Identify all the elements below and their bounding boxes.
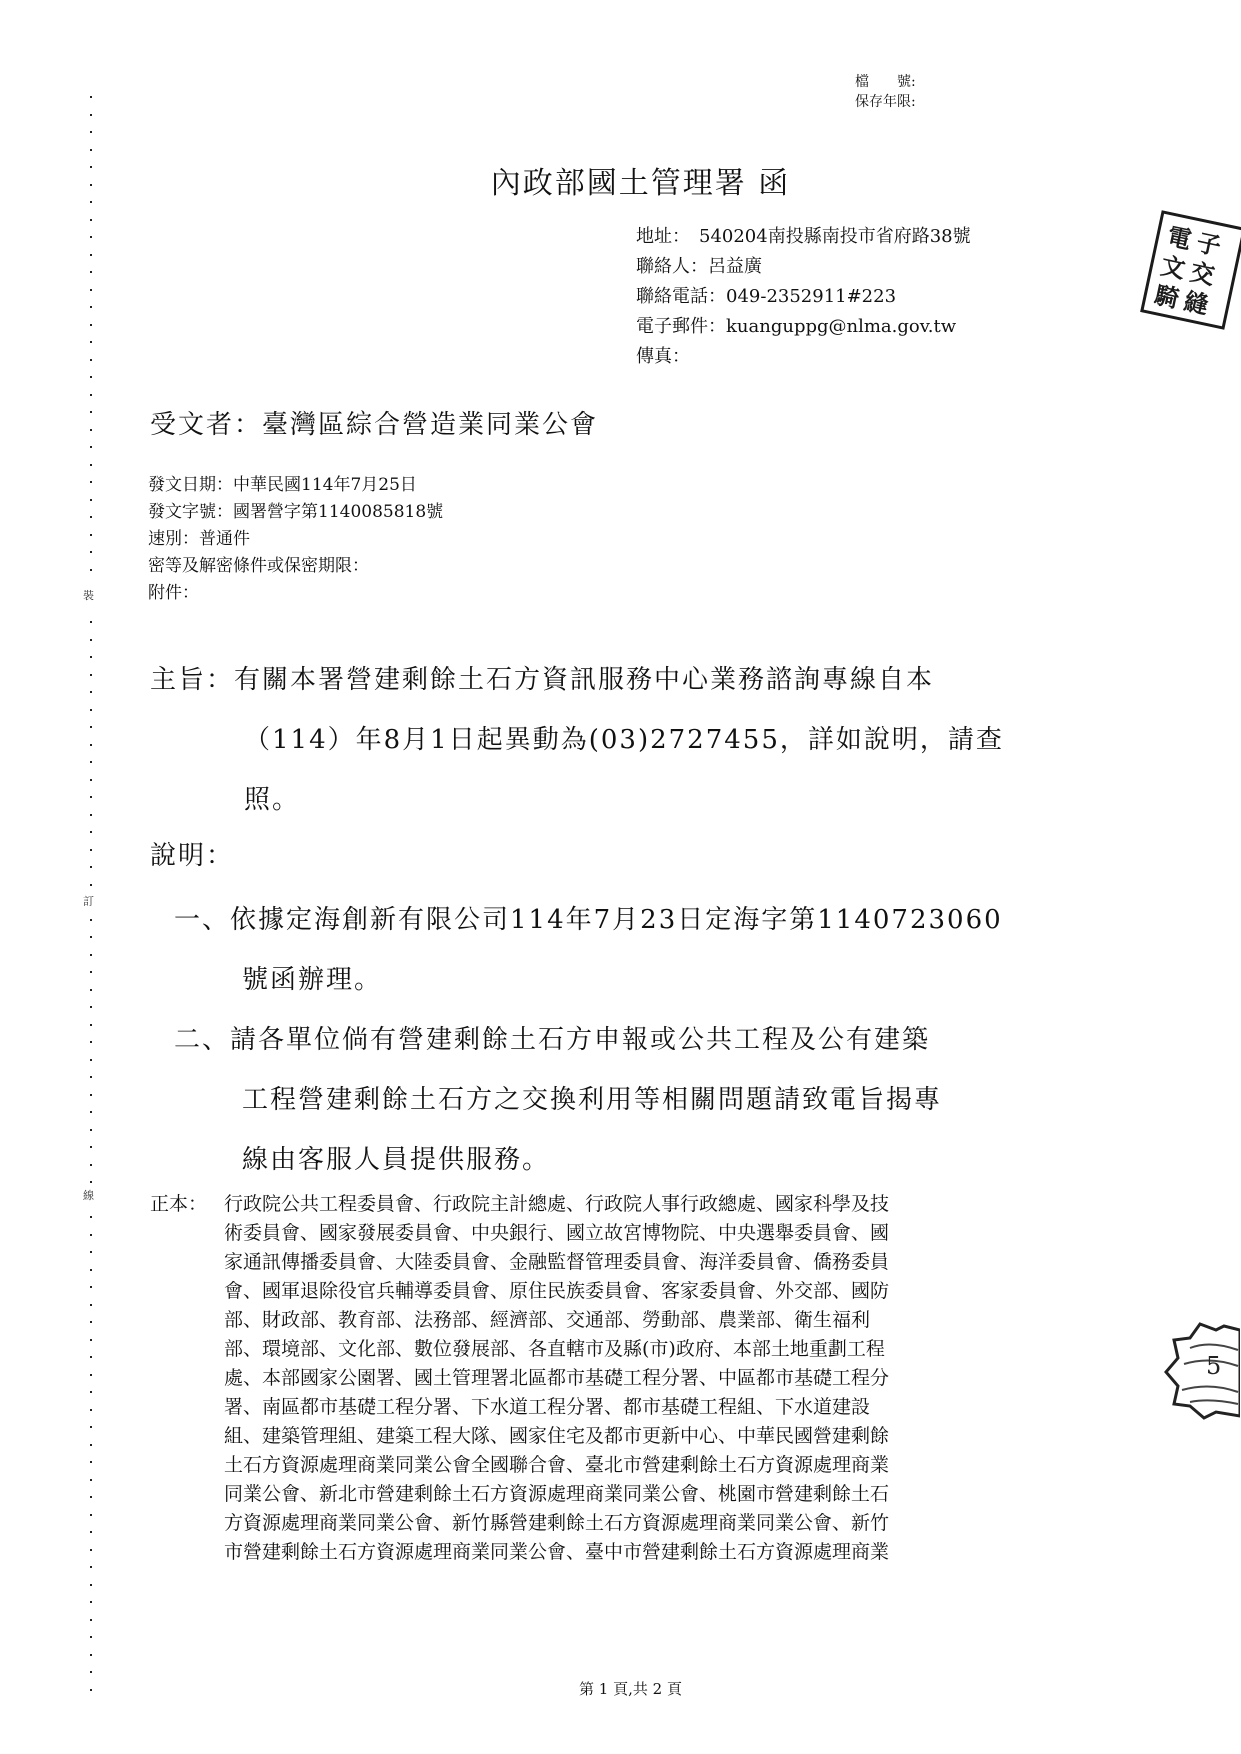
binding-margin: 裝 訂 線 [86,96,106,1696]
binding-dot [90,1636,92,1638]
distribution-line: 部、財政部、教育部、法務部、經濟部、交通部、勞動部、農業部、衛生福利 [224,1306,889,1335]
binding-dot [90,569,92,571]
binding-dot [90,1059,92,1061]
subject-line: （114）年8月1日起異動為(03)2727455，詳如說明，請查 [150,710,1090,770]
binding-dot [90,744,92,746]
distribution-line: 家通訊傳播委員會、大陸委員會、金融監督管理委員會、海洋委員會、僑務委員 [224,1248,889,1277]
explanation-line: 二、請各單位倘有營建剩餘土石方申報或公共工程及公有建築 [174,1010,1094,1070]
binding-dot [90,989,92,991]
document-number: 發文字號：國署營字第1140085818號 [148,499,443,526]
binding-dot [90,1181,92,1183]
binding-dot [90,814,92,816]
binding-dot [90,149,92,151]
explanation-item-1: 一、依據定海創新有限公司114年7月23日定海字第1140723060 號函辦理… [174,890,1094,1010]
binding-dot [90,1286,92,1288]
binding-dot [90,1426,92,1428]
sender-address: 地址： 540204南投縣南投市省府路38號 [636,222,971,252]
binding-dot [90,1514,92,1516]
binding-dot [90,551,92,553]
distribution-line: 會、國軍退除役官兵輔導委員會、原住民族委員會、客家委員會、外交部、國防 [224,1277,889,1306]
binding-dot [90,446,92,448]
binding-dot [90,1374,92,1376]
binding-dot [90,656,92,658]
binding-dot [90,1531,92,1533]
binding-dot [90,866,92,868]
binding-dot [90,1671,92,1673]
binding-dot [90,289,92,291]
subject-line: 主旨：有關本署營建剩餘土石方資訊服務中心業務諮詢專線自本 [150,650,1090,710]
binding-dot [90,726,92,728]
page-seal-stamp: 5 [1160,1320,1240,1420]
binding-mark-line: 線 [83,1190,94,1202]
issue-date: 發文日期：中華民國114年7月25日 [148,472,443,499]
contact-fax: 傳真： [636,342,971,372]
binding-dot [90,254,92,256]
priority: 速別：普通件 [148,526,443,553]
binding-dot [90,1234,92,1236]
binding-dot [90,1041,92,1043]
binding-dot [90,674,92,676]
distribution-line: 組、建築管理組、建築工程大隊、國家住宅及都市更新中心、中華民國營建剩餘 [224,1422,889,1451]
document-title: 內政部國土管理署 函 [0,158,1241,202]
binding-dot [90,499,92,501]
binding-dot [90,1479,92,1481]
distribution-line: 行政院公共工程委員會、行政院主計總處、行政院人事行政總處、國家科學及技 [224,1190,889,1219]
binding-dot [90,376,92,378]
distribution-line: 部、環境部、文化部、數位發展部、各直轄市及縣(市)政府、本部土地重劃工程 [224,1335,889,1364]
distribution-line: 方資源處理商業同業公會、新竹縣營建剩餘土石方資源處理商業同業公會、新竹 [224,1509,889,1538]
subject-section: 主旨：有關本署營建剩餘土石方資訊服務中心業務諮詢專線自本 （114）年8月1日起… [150,650,1090,830]
binding-dot [90,1461,92,1463]
binding-dot [90,1094,92,1096]
binding-dot [90,114,92,116]
binding-dot [90,1304,92,1306]
binding-dot [90,1584,92,1586]
subject-line: 照。 [150,770,1090,830]
binding-dot [90,516,92,518]
distribution-label: 正本： [150,1190,207,1219]
binding-dot [90,1321,92,1323]
distribution-line: 同業公會、新北市營建剩餘土石方資源處理商業同業公會、桃園市營建剩餘土石 [224,1480,889,1509]
binding-dot [90,411,92,413]
binding-dot [90,1251,92,1253]
retention-period-label: 保存年限: [855,92,916,112]
binding-dot [90,481,92,483]
binding-mark-staple: 訂 [83,896,94,908]
cross-page-seal-stamp: 電文騎子交縫 [1140,210,1241,330]
binding-dot [90,831,92,833]
binding-dot [90,534,92,536]
binding-dot [90,761,92,763]
binding-dot [90,1409,92,1411]
contact-email: 電子郵件：kuanguppg@nlma.gov.tw [636,312,971,342]
binding-dot [90,919,92,921]
binding-dot [90,1076,92,1078]
binding-dot [90,1496,92,1498]
binding-dot [90,324,92,326]
seal-shape-icon [1160,1320,1240,1420]
binding-dot [90,621,92,623]
explanation-item-2: 二、請各單位倘有營建剩餘土石方申報或公共工程及公有建築 工程營建剩餘土石方之交換… [174,1010,1094,1190]
binding-dot [90,236,92,238]
distribution-line: 署、南區都市基礎工程分署、下水道工程分署、都市基礎工程組、下水道建設 [224,1393,889,1422]
binding-dot [90,429,92,431]
binding-dot [90,1619,92,1621]
binding-dot [90,1111,92,1113]
binding-dot [90,639,92,641]
binding-dot [90,464,92,466]
binding-dot [90,359,92,361]
binding-dot [90,1549,92,1551]
binding-dot [90,1444,92,1446]
explanation-label: 說明： [150,835,234,872]
binding-dot [90,96,92,98]
binding-dot [90,709,92,711]
file-number-label: 檔 號: [855,72,916,92]
explanation-line: 號函辦理。 [174,950,1094,1010]
distribution-line: 術委員會、國家發展委員會、中央銀行、國立故宮博物院、中央選舉委員會、國 [224,1219,889,1248]
binding-dot [90,1164,92,1166]
binding-dot [90,1391,92,1393]
explanation-section: 一、依據定海創新有限公司114年7月23日定海字第1140723060 號函辦理… [174,890,1094,1190]
binding-dot [90,691,92,693]
binding-dot [90,936,92,938]
binding-dot [90,1339,92,1341]
binding-dot [90,306,92,308]
binding-dot [90,219,92,221]
binding-dot [90,1356,92,1358]
binding-dot [90,796,92,798]
explanation-line: 線由客服人員提供服務。 [174,1130,1094,1190]
binding-dot [90,1601,92,1603]
binding-dot [90,849,92,851]
binding-dot [90,779,92,781]
document-meta: 發文日期：中華民國114年7月25日 發文字號：國署營字第1140085818號… [148,472,443,607]
classification: 密等及解密條件或保密期限： [148,553,443,580]
attachments: 附件： [148,580,443,607]
binding-dot [90,971,92,973]
distribution-line: 市營建剩餘土石方資源處理商業同業公會、臺中市營建剩餘土石方資源處理商業 [224,1538,889,1567]
explanation-line: 工程營建剩餘土石方之交換利用等相關問題請致電旨揭專 [174,1070,1094,1130]
distribution-recipients: 行政院公共工程委員會、行政院主計總處、行政院人事行政總處、國家科學及技術委員會、… [224,1190,889,1567]
contact-person: 聯絡人：呂益廣 [636,252,971,282]
seal-number: 5 [1206,1352,1221,1380]
binding-dot [90,394,92,396]
binding-dot [90,954,92,956]
binding-dot [90,1146,92,1148]
binding-dot [90,1269,92,1271]
binding-dot [90,1654,92,1656]
binding-dot [90,271,92,273]
binding-dot [90,1566,92,1568]
contact-phone: 聯絡電話：049-2352911#223 [636,282,971,312]
binding-dot [90,1129,92,1131]
distribution-line: 土石方資源處理商業同業公會全國聯合會、臺北市營建剩餘土石方資源處理商業 [224,1451,889,1480]
page-indicator: 第 1 頁,共 2 頁 [0,1678,1241,1699]
explanation-line: 一、依據定海創新有限公司114年7月23日定海字第1140723060 [174,890,1094,950]
binding-dot [90,884,92,886]
binding-dot [90,1024,92,1026]
sender-contact-block: 地址： 540204南投縣南投市省府路38號 聯絡人：呂益廣 聯絡電話：049-… [636,222,971,372]
binding-dot [90,131,92,133]
recipient: 受文者：臺灣區綜合營造業同業公會 [150,404,598,441]
binding-dot [90,341,92,343]
binding-dot [90,1006,92,1008]
file-info-block: 檔 號: 保存年限: [855,72,916,112]
binding-dot [90,1216,92,1218]
binding-mark-bind: 裝 [83,590,94,602]
distribution-line: 處、本部國家公園署、國土管理署北區都市基礎工程分署、中區都市基礎工程分 [224,1364,889,1393]
